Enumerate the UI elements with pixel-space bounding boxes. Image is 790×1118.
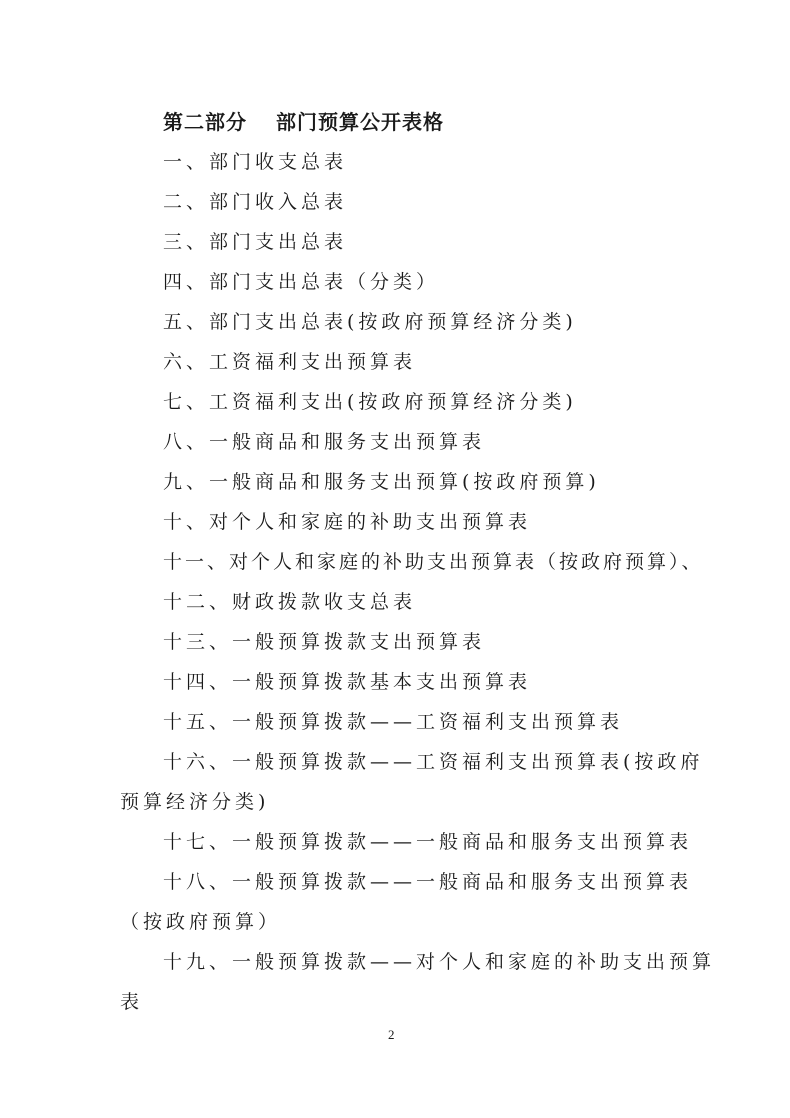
toc-item-5: 五、部门支出总表(按政府预算经济分类) — [163, 310, 577, 334]
toc-item-3: 三、部门支出总表 — [163, 230, 347, 254]
document-page: 第二部分 部门预算公开表格 一、部门收支总表 二、部门收入总表 三、部门支出总表… — [0, 0, 790, 1118]
toc-item-12: 十二、财政拨款收支总表 — [163, 590, 416, 614]
toc-item-18: 十八、一般预算拨款——一般商品和服务支出预算表 — [163, 870, 692, 894]
toc-item-7: 七、工资福利支出(按政府预算经济分类) — [163, 390, 577, 414]
toc-item-8: 八、一般商品和服务支出预算表 — [163, 430, 485, 454]
toc-item-4: 四、部门支出总表（分类） — [163, 270, 439, 294]
toc-item-9: 九、一般商品和服务支出预算(按政府预算) — [163, 470, 600, 494]
toc-item-11: 十一、对个人和家庭的补助支出预算表（按政府预算）、 — [163, 550, 704, 574]
toc-item-18-continued: （按政府预算） — [120, 910, 281, 934]
toc-item-16-continued: 预算经济分类) — [120, 790, 269, 814]
section-heading: 第二部分 部门预算公开表格 — [163, 110, 444, 134]
toc-item-1: 一、部门收支总表 — [163, 150, 347, 174]
toc-item-17: 十七、一般预算拨款——一般商品和服务支出预算表 — [163, 830, 692, 854]
toc-item-19-continued: 表 — [120, 990, 143, 1014]
toc-item-15: 十五、一般预算拨款——工资福利支出预算表 — [163, 710, 623, 734]
toc-item-10: 十、对个人和家庭的补助支出预算表 — [163, 510, 531, 534]
toc-item-19: 十九、一般预算拨款——对个人和家庭的补助支出预算 — [163, 950, 715, 974]
page-number: 2 — [388, 1027, 395, 1043]
toc-item-2: 二、部门收入总表 — [163, 190, 347, 214]
toc-item-14: 十四、一般预算拨款基本支出预算表 — [163, 670, 531, 694]
toc-item-13: 十三、一般预算拨款支出预算表 — [163, 630, 485, 654]
toc-item-16: 十六、一般预算拨款——工资福利支出预算表(按政府 — [163, 750, 703, 774]
toc-item-6: 六、工资福利支出预算表 — [163, 350, 416, 374]
